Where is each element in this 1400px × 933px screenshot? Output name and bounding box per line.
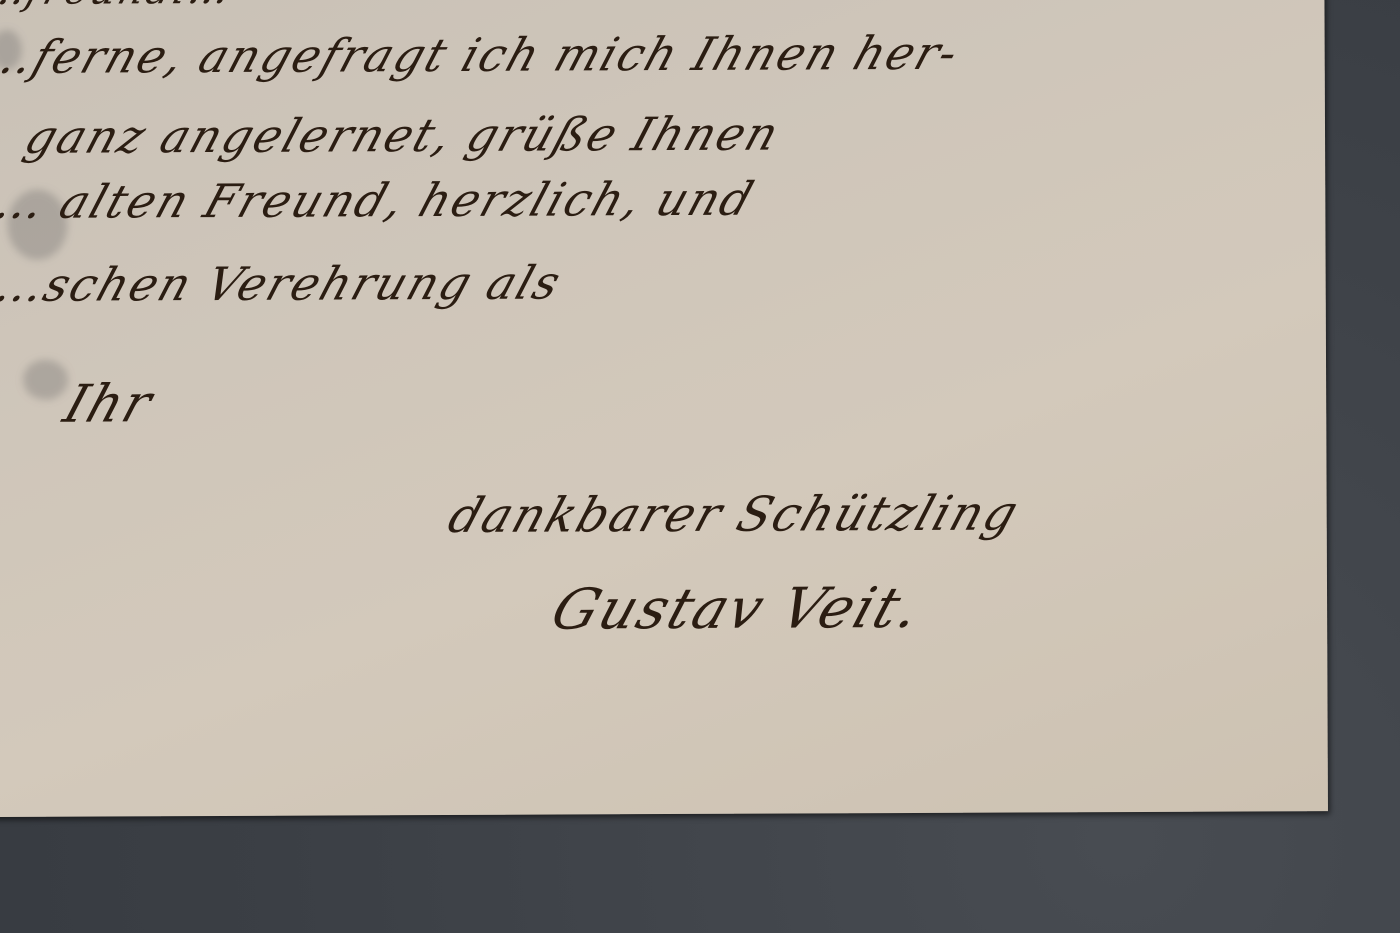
signature-name: Gustav Veit.	[544, 576, 930, 643]
letter-line-4: …schen Verehrung als	[0, 255, 569, 312]
ink-smudge	[23, 360, 68, 400]
letter-page: …freundl… …ferne, angefragt ich mich Ihn…	[0, 0, 1328, 817]
letter-line-0: …freundl…	[0, 0, 239, 14]
letter-closing: Ihr	[57, 374, 161, 434]
signature-line-1: dankbarer Schützling	[442, 485, 1027, 544]
letter-line-1: …ferne, angefragt ich mich Ihnen her-	[0, 26, 967, 84]
letter-line-3: … alten Freund, herzlich, und	[0, 172, 762, 229]
letter-line-2: ganz angelernet, grüße Ihnen	[18, 107, 787, 164]
